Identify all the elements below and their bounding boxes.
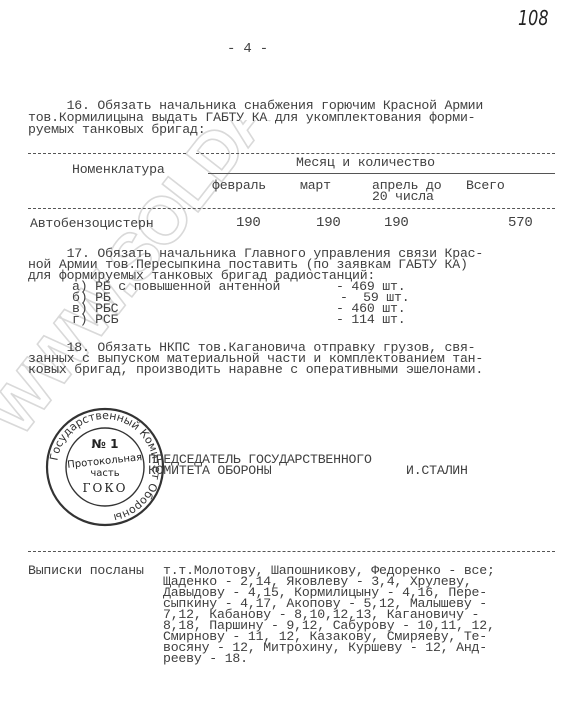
row-name: Автобензоцистерн — [30, 218, 153, 229]
document-page: WWW.SOLDAT.RU 108 - 4 - 16. Обязать нача… — [0, 0, 575, 704]
row-total: 570 — [508, 218, 533, 229]
table-rule — [208, 173, 555, 174]
col-header-apr-sub: 20 числа — [372, 191, 434, 202]
table-rule — [28, 208, 555, 209]
nomenclature-header: Номенклатура — [72, 164, 165, 175]
distribution-line: рееву - 18. — [163, 653, 248, 664]
svg-text:часть: часть — [90, 468, 119, 479]
item-18-line: ковых бригад, производить наравне с опер… — [28, 364, 483, 375]
signature-name: И.СТАЛИН — [406, 465, 468, 476]
col-header-mar: март — [300, 180, 331, 191]
page-number: - 4 - — [227, 44, 268, 55]
radio-qty: - 114 шт. — [336, 314, 405, 325]
table-rule — [28, 153, 186, 154]
distribution-rule — [28, 551, 555, 552]
month-group-header: Месяц и количество — [296, 157, 435, 168]
row-mar: 190 — [316, 218, 341, 229]
row-feb: 190 — [236, 218, 261, 229]
svg-text:ГОКО: ГОКО — [83, 481, 128, 495]
table-rule — [196, 153, 555, 154]
signature-title-2: КОМИТЕТА ОБОРОНЫ — [148, 465, 271, 476]
archive-page-number: 108 — [518, 6, 549, 30]
col-header-total: Всего — [466, 180, 505, 191]
distribution-label: Выписки посланы — [28, 565, 144, 576]
radio-label: г) РСБ — [72, 314, 118, 325]
col-header-feb: февраль — [212, 180, 266, 191]
row-apr: 190 — [384, 218, 409, 229]
svg-text:№ 1: № 1 — [92, 437, 119, 451]
item-16-line: руемых танковых бригад: — [28, 124, 205, 135]
